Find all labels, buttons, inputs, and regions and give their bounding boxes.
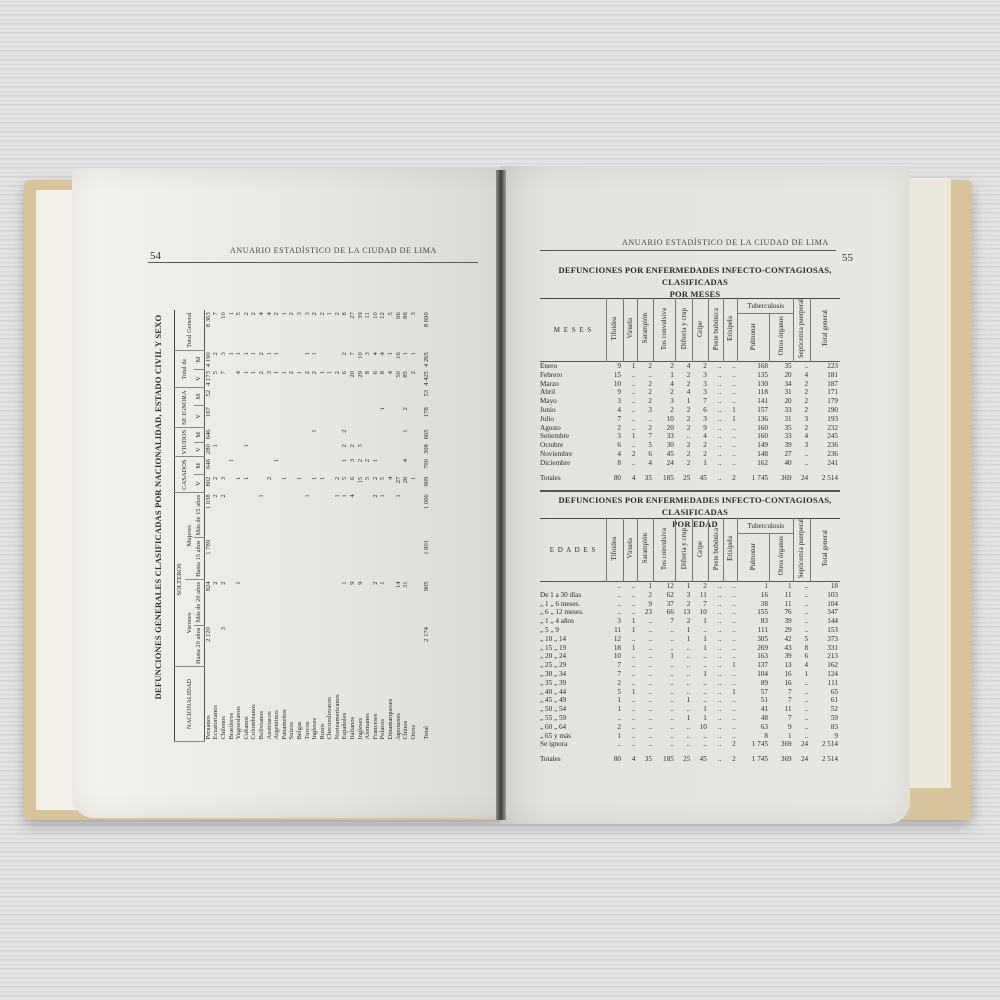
table-cell: 11 xyxy=(770,705,794,714)
table-cell xyxy=(228,475,236,493)
row-label: Rusos xyxy=(319,667,327,742)
table-cell: 8 xyxy=(341,310,349,350)
table-cell xyxy=(319,350,327,369)
table-cell: 48 xyxy=(738,714,770,723)
table-cell: 2 xyxy=(334,475,342,493)
table-cell: .. xyxy=(637,740,654,749)
table-cell: 1 xyxy=(228,310,236,350)
table-row: Diciembre8..42421....16240..241 xyxy=(540,459,840,468)
table-cell: .. xyxy=(623,652,637,661)
table-cell: 1 xyxy=(228,350,236,369)
table-cell: 1 xyxy=(250,369,258,388)
table-cell: 2 xyxy=(723,468,737,483)
table-cell: 157 xyxy=(738,406,770,415)
table-row: „ 1 „ 6 meses.....93727....3811..104 xyxy=(540,600,840,609)
col-tos-convulsiva: Tos convulsiva xyxy=(660,528,669,570)
table-cell xyxy=(304,388,312,405)
table-cell xyxy=(281,538,289,579)
table-cell: 7 xyxy=(349,350,357,369)
row-label: Panameños xyxy=(281,667,289,742)
table-cell: 905 xyxy=(417,579,431,625)
table-row: Alemanes528311 xyxy=(364,310,372,741)
table-cell: .. xyxy=(676,670,693,679)
table-row: Enero912242....16835..223 xyxy=(540,362,840,371)
table-cell xyxy=(288,579,296,625)
table-row: „ 15 „ 19181......1....269438331 xyxy=(540,644,840,653)
table-cell xyxy=(258,475,266,493)
table-row: „ 35 „ 392..............8916..111 xyxy=(540,679,840,688)
table-cell: 7 xyxy=(220,369,228,388)
table-cell: .. xyxy=(709,635,723,644)
total-row: Total2 1749051 8011 06690970030866517853… xyxy=(417,310,431,741)
table-cell xyxy=(402,442,410,457)
table-cell xyxy=(311,442,319,457)
row-label: „ 60 „ 64 xyxy=(540,723,607,732)
table-cell: 7 xyxy=(607,670,624,679)
table-cell xyxy=(387,457,395,475)
table-cell: 162 xyxy=(810,661,840,670)
table-cell: 2 xyxy=(676,406,693,415)
table-cell: 2 xyxy=(637,380,654,389)
table-cell xyxy=(235,427,243,442)
table-cell xyxy=(288,388,296,405)
table-cell: 4 xyxy=(607,450,624,459)
table-cell: 2 xyxy=(212,475,220,493)
table-cell: .. xyxy=(794,362,811,371)
table-cell: 236 xyxy=(810,450,840,459)
table-cell xyxy=(296,388,304,405)
table-cell: 171 xyxy=(810,388,840,397)
row-label: Españoles xyxy=(341,667,349,742)
table-cell: 111 xyxy=(738,626,770,635)
table-cell xyxy=(273,538,281,579)
table-cell xyxy=(395,457,403,475)
table-cell xyxy=(379,388,387,405)
row-label: Total xyxy=(417,667,431,742)
row-label: „ 5 „ 9 xyxy=(540,626,607,635)
table-cell xyxy=(220,427,228,442)
table-cell: 4 xyxy=(637,459,654,468)
table-cell: 6 xyxy=(372,369,380,388)
table-cell: 25 xyxy=(676,749,693,764)
table-cell: 1 xyxy=(692,635,709,644)
table-row: Se ignora..............21 745369242 514 xyxy=(540,740,840,749)
table-cell: 16 xyxy=(395,350,403,369)
table-cell xyxy=(273,427,281,442)
table-cell: .. xyxy=(607,740,624,749)
table-cell: .. xyxy=(623,415,637,424)
table-row: Japoneses14127501666 xyxy=(395,310,403,741)
book-gutter xyxy=(496,170,506,820)
table-cell: 4 xyxy=(692,432,709,441)
table-cell xyxy=(402,538,410,579)
table-cell: 4 265 xyxy=(417,350,431,369)
table-cell: 9 xyxy=(770,723,794,732)
table-cell xyxy=(311,405,319,427)
row-label: Totales xyxy=(540,468,607,483)
table-cell: 62 xyxy=(654,591,676,600)
table-cell: 1 xyxy=(623,626,637,635)
table-cell: .. xyxy=(623,591,637,600)
table-cell: 1 xyxy=(243,369,251,388)
running-head-left: Anuario Estadístico de la Ciudad de Lima xyxy=(230,246,437,255)
table-cell: 1 xyxy=(654,371,676,380)
table-cell: 89 xyxy=(738,679,770,688)
table-cell: .. xyxy=(723,714,737,723)
table-cell: .. xyxy=(709,397,723,406)
table-cell: 7 xyxy=(692,397,709,406)
table-cell: 1 xyxy=(676,397,693,406)
table-cell: .. xyxy=(654,626,676,635)
table-cell xyxy=(395,427,403,442)
table-cell xyxy=(243,457,251,475)
table-cell: 2 xyxy=(723,740,737,749)
table-cell: 1 xyxy=(235,350,243,369)
table-cell: 7 xyxy=(692,600,709,609)
row-label: Brasileros xyxy=(228,667,236,742)
table-cell: 187 xyxy=(810,380,840,389)
table-cell: 35 xyxy=(637,749,654,764)
row-label: Julio xyxy=(540,415,607,424)
table-cell: 10 xyxy=(607,380,624,389)
table-row: „ 65 y más1..............81..9 xyxy=(540,732,840,741)
table-cell xyxy=(235,538,243,579)
table-cell: 369 xyxy=(770,749,794,764)
table-cell: 1 xyxy=(235,475,243,493)
table-cell: 3 xyxy=(220,625,228,666)
col-septicemia: Septicemia puerperal xyxy=(797,299,806,358)
table-cell: 39 xyxy=(770,617,794,626)
table-cell: .. xyxy=(709,362,723,371)
table-cell xyxy=(273,388,281,405)
table-row: Checoeslovacos11 xyxy=(326,310,334,741)
table-cell: 103 xyxy=(810,591,840,600)
table-cell: 23 xyxy=(637,608,654,617)
table-cell: 1 xyxy=(304,492,312,538)
table-cell: .. xyxy=(654,740,676,749)
table-cell: 1 xyxy=(296,475,304,493)
table-cell xyxy=(266,457,274,475)
table-cell: .. xyxy=(623,406,637,415)
table-cell xyxy=(387,442,395,457)
row-label: Ingleses xyxy=(311,667,319,742)
row-label: Se ignora xyxy=(540,740,607,749)
table-cell: .. xyxy=(692,626,709,635)
col-viruela: Viruela xyxy=(626,538,635,559)
table-cell: 2 xyxy=(607,424,624,433)
table-cell: 4 xyxy=(654,380,676,389)
table-cell xyxy=(266,427,274,442)
table-row: Ecuatorianos2221527 xyxy=(212,310,220,741)
table-cell xyxy=(379,625,387,666)
table-cell: .. xyxy=(607,591,624,600)
table-cell: 83 xyxy=(738,617,770,626)
table-cell: .. xyxy=(623,608,637,617)
table-cell: 2 xyxy=(258,369,266,388)
table-cell: 4 425 xyxy=(417,369,431,388)
table-cell xyxy=(250,405,258,427)
table-cell: 369 xyxy=(770,740,794,749)
table-cell: 168 xyxy=(738,362,770,371)
row-label: „ 40 „ 44 xyxy=(540,688,607,697)
table-cell: 1 038 xyxy=(204,492,212,538)
table-cell: .. xyxy=(709,591,723,600)
table-row: Belgas113 xyxy=(296,310,304,741)
table-cell: 1 xyxy=(794,670,811,679)
table-cell xyxy=(395,538,403,579)
table-cell: 16 xyxy=(738,591,770,600)
row-label: Bolivianos xyxy=(258,667,266,742)
table-cell xyxy=(296,457,304,475)
table-cell xyxy=(228,427,236,442)
table-cell: 2 xyxy=(364,457,372,475)
table-cell xyxy=(281,442,289,457)
table-cell: 1 xyxy=(281,369,289,388)
table-cell: 1 xyxy=(692,714,709,723)
table-cell: 85 xyxy=(402,369,410,388)
table-cell: 13 xyxy=(676,608,693,617)
table-cell xyxy=(410,538,418,579)
table-cell: 7 xyxy=(654,617,676,626)
table-cell: 144 xyxy=(810,617,840,626)
table-cell: 5 xyxy=(235,310,243,350)
table-cell xyxy=(319,388,327,405)
table-cell: 269 xyxy=(738,644,770,653)
table-cell: 3 xyxy=(692,415,709,424)
table-cell: .. xyxy=(794,679,811,688)
table-cell: 1 xyxy=(654,652,676,661)
table-cell: 4 190 xyxy=(204,350,212,369)
table-cell xyxy=(235,457,243,475)
table-row: Dinamarqueses4415 xyxy=(387,310,395,741)
row-label: Diciembre xyxy=(540,459,607,468)
row-label: Cubanos xyxy=(243,667,251,742)
table-cell: 66 xyxy=(654,608,676,617)
table-cell: 2 120 xyxy=(204,625,212,666)
table-cell: .. xyxy=(709,661,723,670)
table-cell xyxy=(273,405,281,427)
table-cell: .. xyxy=(723,362,737,371)
col-erisipela: Erisipela xyxy=(726,316,735,341)
table-cell xyxy=(212,427,220,442)
table-cell xyxy=(326,492,334,538)
table-cell: 163 xyxy=(738,652,770,661)
table-cell xyxy=(266,405,274,427)
table-row: „ 55 „ 59........11....487..59 xyxy=(540,714,840,723)
table-cell: 12 xyxy=(607,635,624,644)
table-cell: 16 xyxy=(770,670,794,679)
col-mas-15: Más de 15 años xyxy=(194,492,204,538)
table-cell: .. xyxy=(709,582,723,591)
table-cell xyxy=(311,625,319,666)
table-cell xyxy=(235,388,243,405)
table-cell xyxy=(372,625,380,666)
table-row: Junio4..3226..1157332190 xyxy=(540,406,840,415)
table-cell: 2 xyxy=(794,380,811,389)
table-cell: 10 xyxy=(372,310,380,350)
table-cell: 12 xyxy=(654,582,676,591)
table-cell: 2 xyxy=(794,388,811,397)
table-cell xyxy=(235,625,243,666)
table-cell xyxy=(212,457,220,475)
table-cell: 2 xyxy=(304,369,312,388)
table-cell: .. xyxy=(654,644,676,653)
row-label: „ 45 „ 49 xyxy=(540,696,607,705)
table-cell: 50 xyxy=(395,369,403,388)
table-row: Febrero15....123....135204181 xyxy=(540,371,840,380)
row-label: Marzo xyxy=(540,380,607,389)
table-cell xyxy=(349,625,357,666)
table-cell: 3 xyxy=(637,406,654,415)
table-cell: .. xyxy=(709,652,723,661)
table-cell xyxy=(379,538,387,579)
table-cell: .. xyxy=(709,388,723,397)
table-cell xyxy=(266,625,274,666)
col-se-ignora: SE IGNORA xyxy=(175,388,195,428)
table-cell: 2 xyxy=(311,369,319,388)
table-cell: .. xyxy=(623,397,637,406)
table-cell xyxy=(326,350,334,369)
table-cell: 1 xyxy=(607,705,624,714)
table-cell: 3 xyxy=(607,617,624,626)
table-cell xyxy=(326,405,334,427)
col-casados-m: M xyxy=(194,457,204,475)
total-row: Totales804351852545..21 745369242 514 xyxy=(540,749,840,764)
table-cell: .. xyxy=(623,696,637,705)
table-cell: .. xyxy=(692,679,709,688)
row-label: Peruanos xyxy=(204,667,212,742)
table-cell: 2 xyxy=(349,442,357,457)
table-cell: 148 xyxy=(738,450,770,459)
col-casados-v: V xyxy=(194,475,204,493)
col-tuberculosis: Tuberculosis xyxy=(738,299,794,314)
table-cell: .. xyxy=(676,688,693,697)
table-cell: 11 xyxy=(770,600,794,609)
row-label: Abril xyxy=(540,388,607,397)
table-cell: 3 xyxy=(220,475,228,493)
table-cell: 2 xyxy=(258,350,266,369)
table-cell: .. xyxy=(654,696,676,705)
table-row: Chinos312641285186 xyxy=(402,310,410,741)
row-label: Octubre xyxy=(540,441,607,450)
table-cell: 2 xyxy=(607,679,624,688)
table-cell: .. xyxy=(794,617,811,626)
table-cell: .. xyxy=(709,749,723,764)
table-cell: 1 xyxy=(723,688,737,697)
table-cell: 824 xyxy=(204,579,212,625)
table-cell: 1 xyxy=(723,406,737,415)
table-cell: .. xyxy=(692,696,709,705)
table-cell: 2 xyxy=(341,442,349,457)
table-cell: 31 xyxy=(770,388,794,397)
table-cell xyxy=(266,442,274,457)
table-cell xyxy=(349,538,357,579)
table-cell: 76 xyxy=(770,608,794,617)
table-cell: 4 xyxy=(387,369,395,388)
table-cell: .. xyxy=(723,380,737,389)
table-cell: .. xyxy=(723,626,737,635)
table-cell: 2 xyxy=(637,591,654,600)
table-cell: 160 xyxy=(738,424,770,433)
table-cell: 1 xyxy=(266,350,274,369)
col-pulmonar: Pulmonar xyxy=(749,543,758,570)
row-label: Chinos xyxy=(402,667,410,742)
table-cell: 18 xyxy=(810,582,840,591)
table-cell: 3 xyxy=(692,380,709,389)
table-cell: 1 xyxy=(273,369,281,388)
table-row: Turcos1213 xyxy=(304,310,312,741)
col-pulmonar: Pulmonar xyxy=(749,323,758,350)
table-cell xyxy=(319,442,327,457)
table-cell: 2 xyxy=(250,310,258,350)
table-cell xyxy=(341,405,349,427)
table-cell: .. xyxy=(637,661,654,670)
table-cell: 111 xyxy=(810,679,840,688)
table-cell: .. xyxy=(709,608,723,617)
table-row: Agosto2..22029....160352232 xyxy=(540,424,840,433)
table-cell xyxy=(357,538,365,579)
table-cell: 80 xyxy=(607,468,624,483)
table-cell xyxy=(326,388,334,405)
table-cell xyxy=(288,475,296,493)
table-cell: 13 xyxy=(770,661,794,670)
table-cell: 3 xyxy=(349,457,357,475)
table-cell: .. xyxy=(623,441,637,450)
table-cell xyxy=(326,427,334,442)
table-cell: 1 xyxy=(319,369,327,388)
table-cell xyxy=(326,475,334,493)
table-cell: 2 xyxy=(794,406,811,415)
table-cell xyxy=(220,405,228,427)
table-cell: 2 xyxy=(676,380,693,389)
table-cell: .. xyxy=(676,740,693,749)
table-cell: 149 xyxy=(738,441,770,450)
table-cell xyxy=(288,625,296,666)
table-cell: 153 xyxy=(810,626,840,635)
table-cell: 2 xyxy=(676,459,693,468)
table-cell: .. xyxy=(692,652,709,661)
table-cell: 2 xyxy=(654,406,676,415)
table-cell: 1 066 xyxy=(417,492,431,538)
table-cell: 5 xyxy=(637,441,654,450)
col-sarampion: Sarampión xyxy=(641,313,650,343)
col-tuberculosis: Tuberculosis xyxy=(738,519,794,534)
table-cell xyxy=(281,625,289,666)
table-cell: 3 xyxy=(304,310,312,350)
table-cell xyxy=(228,388,236,405)
table-cell: .. xyxy=(637,670,654,679)
table-cell xyxy=(334,405,342,427)
table-cell: 179 xyxy=(810,397,840,406)
table-cell xyxy=(364,405,372,427)
table-cell: 2 xyxy=(334,310,342,350)
table-cell xyxy=(243,388,251,405)
table-cell xyxy=(281,579,289,625)
table-cell xyxy=(281,388,289,405)
table-cell: 2 xyxy=(341,427,349,442)
table-cell: 2 xyxy=(676,617,693,626)
table-cell: .. xyxy=(794,696,811,705)
table-cell: 86 xyxy=(402,310,410,350)
table-cell xyxy=(288,538,296,579)
table-cell xyxy=(288,405,296,427)
table-cell: 1 xyxy=(296,369,304,388)
table-cell xyxy=(364,442,372,457)
table-cell: 29 xyxy=(357,369,365,388)
table-cell xyxy=(250,492,258,538)
table-cell xyxy=(266,538,274,579)
col-viudos: VIUDOS xyxy=(175,427,195,457)
